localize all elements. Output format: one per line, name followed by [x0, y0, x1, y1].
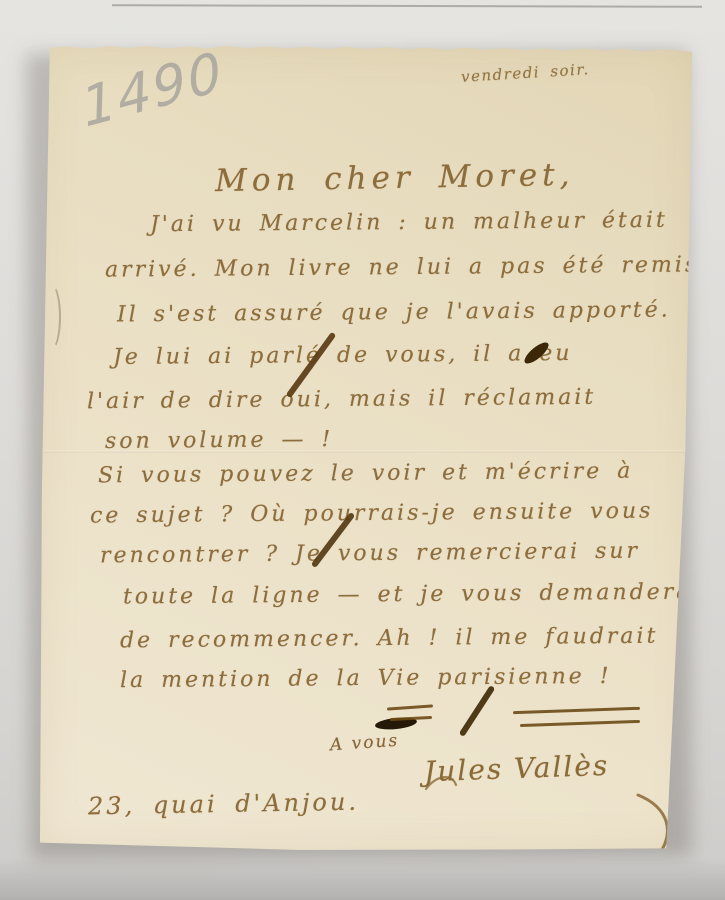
closing: A vous [329, 731, 399, 756]
letter-line: arrivé. Mon livre ne lui a pas été remis… [105, 252, 709, 282]
photo-bottom-shade [0, 858, 725, 900]
letter-line: Il s'est assuré que je l'avais apporté. [117, 298, 671, 328]
ink-blot [459, 685, 496, 737]
catalog-number: 1490 [78, 39, 228, 139]
letter-line: ce sujet ? Où pourrais-je ensuite vous [90, 499, 654, 529]
emphasis-underline-parisienne [513, 707, 640, 714]
photograph: 1490 vendredi soir. Mon cher Moret, J'ai… [0, 0, 725, 900]
letter-line: Si vous pouvez le voir et m'écrire à [98, 459, 634, 489]
letter-line: la mention de la Vie parisienne ! [120, 664, 612, 693]
address: 23, quai d'Anjou. [88, 788, 359, 821]
letter-line: de recommencer. Ah ! il me faudrait [120, 624, 659, 654]
photo-top-edge [112, 4, 702, 8]
letter-line: toute la ligne — et je vous demanderai [123, 579, 703, 609]
letter-line: rencontrer ? Je vous remercierai sur [100, 539, 640, 569]
letter-line: l'air de dire oui, mais il réclamait [87, 385, 596, 414]
salutation: Mon cher Moret, [215, 157, 575, 199]
letter-line: son volume — ! [105, 427, 334, 454]
letter-paper: 1490 vendredi soir. Mon cher Moret, J'ai… [36, 42, 696, 854]
emphasis-underline-vie [387, 704, 433, 710]
date-note: vendredi soir. [461, 60, 591, 86]
letter-line: J'ai vu Marcelin : un malheur était [150, 208, 668, 238]
emphasis-underline-parisienne [520, 720, 640, 727]
letter-line: Je lui ai parlé de vous, il a eu [113, 341, 573, 370]
